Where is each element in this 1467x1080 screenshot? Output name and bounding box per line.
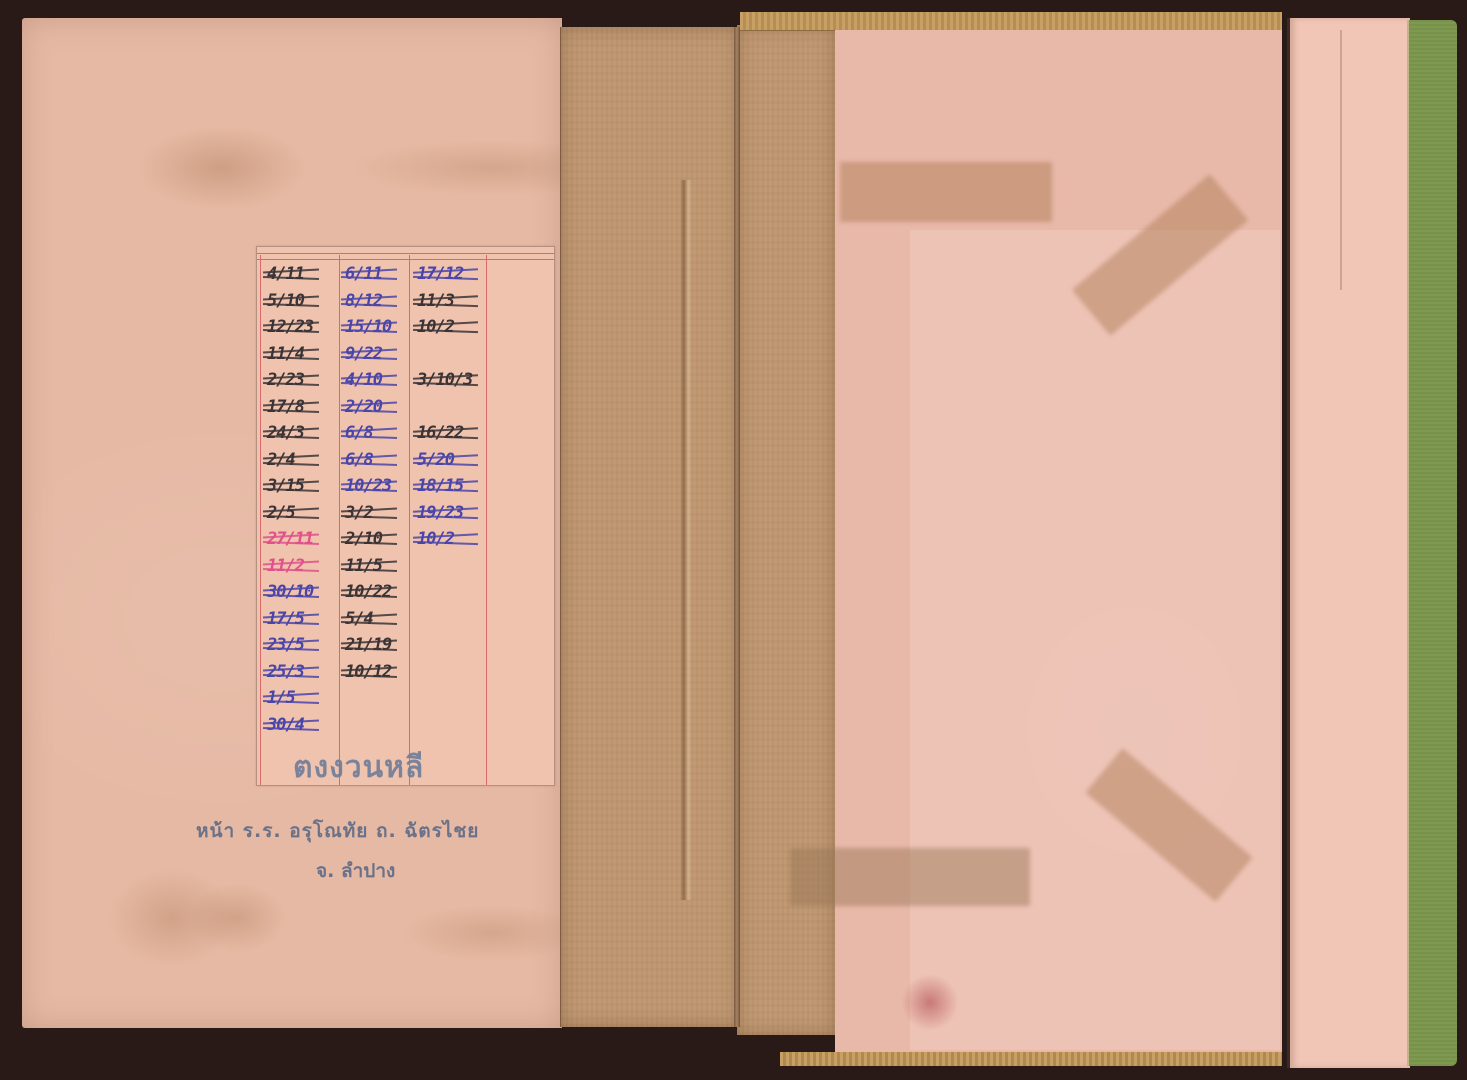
slip-rule-top (257, 253, 554, 254)
due-date-entry: 11/2 (267, 553, 313, 580)
due-date-entry: 30/10 (267, 579, 313, 606)
due-date-entry: 2/20 (345, 394, 391, 421)
due-date-entry: 8/12 (345, 288, 391, 315)
due-date-entry: 25/3 (267, 659, 313, 686)
stamp-province-line: จ. ลำปาง (316, 856, 395, 886)
due-date-entry: 2/5 (267, 500, 313, 527)
due-date-entry: 4/10 (345, 367, 391, 394)
pale-paper-patch (910, 230, 1280, 1050)
due-date-entry: 10/22 (345, 579, 391, 606)
slip-rule-top-2 (257, 259, 554, 260)
shop-name-stamp: ตงงวนหลี (293, 744, 424, 791)
due-date-entry: 11/5 (345, 553, 391, 580)
due-date-entry: 5/4 (345, 606, 391, 633)
due-date-entry: 2/10 (345, 526, 391, 553)
spine-hinge (734, 27, 740, 1027)
due-date-slip: 4/115/1012/2311/42/2317/824/32/43/152/52… (256, 246, 555, 786)
due-date-entry: 1/5 (267, 685, 313, 712)
due-date-entry: 23/5 (267, 632, 313, 659)
due-date-entry: 2/23 (267, 367, 313, 394)
endpaper-strip (1287, 18, 1410, 1068)
due-date-entry: 11/4 (267, 341, 313, 368)
due-date-entry (417, 341, 472, 368)
due-date-entry: 3/2 (345, 500, 391, 527)
due-date-entry: 6/11 (345, 261, 391, 288)
due-date-entry (417, 394, 472, 421)
due-date-entry: 27/11 (267, 526, 313, 553)
due-date-entry: 10/2 (417, 526, 472, 553)
due-date-entry: 12/23 (267, 314, 313, 341)
slip-column-3: 17/1211/310/23/10/316/225/2018/1519/2310… (417, 261, 472, 553)
due-date-entry: 21/19 (345, 632, 391, 659)
page-block-bottom-edge (780, 1052, 1282, 1066)
slip-rule-margin (260, 255, 261, 785)
due-date-entry: 17/8 (267, 394, 313, 421)
due-date-entry: 9/22 (345, 341, 391, 368)
due-date-entry: 17/12 (417, 261, 472, 288)
due-date-entry: 2/4 (267, 447, 313, 474)
slip-rule-col1 (339, 255, 340, 785)
due-date-entry: 10/12 (345, 659, 391, 686)
red-ink-blot (900, 975, 960, 1030)
due-date-entry: 18/15 (417, 473, 472, 500)
due-date-entry: 3/10/3 (417, 367, 472, 394)
due-date-entry: 15/10 (345, 314, 391, 341)
tape-crease (680, 180, 692, 900)
old-tape-stain (840, 162, 1052, 222)
due-date-entry: 10/2 (417, 314, 472, 341)
due-date-entry: 6/8 (345, 447, 391, 474)
due-date-entry: 19/23 (417, 500, 472, 527)
stamp-address-line: หน้า ร.ร. อรุโณทัย ถ. ฉัตรไชย (196, 816, 479, 846)
due-date-entry: 4/11 (267, 261, 313, 288)
due-date-entry: 11/3 (417, 288, 472, 315)
due-date-entry: 5/20 (417, 447, 472, 474)
due-date-entry: 24/3 (267, 420, 313, 447)
slip-column-2: 6/118/1215/109/224/102/206/86/810/233/22… (345, 261, 391, 685)
slip-rule-col3 (486, 255, 487, 785)
due-date-entry: 5/10 (267, 288, 313, 315)
green-back-cover-edge (1407, 20, 1457, 1066)
due-date-entry: 30/4 (267, 712, 313, 739)
due-date-entry: 10/23 (345, 473, 391, 500)
slip-column-1: 4/115/1012/2311/42/2317/824/32/43/152/52… (267, 261, 313, 738)
slip-rule-col2 (409, 255, 410, 785)
endpaper-crack (1340, 30, 1342, 290)
due-date-entry: 16/22 (417, 420, 472, 447)
spine-tape-left (560, 27, 739, 1027)
old-tape-stain-bottom (790, 848, 1030, 906)
due-date-entry: 6/8 (345, 420, 391, 447)
due-date-entry: 17/5 (267, 606, 313, 633)
due-date-entry: 3/15 (267, 473, 313, 500)
page-block-top-edge (740, 12, 1282, 31)
